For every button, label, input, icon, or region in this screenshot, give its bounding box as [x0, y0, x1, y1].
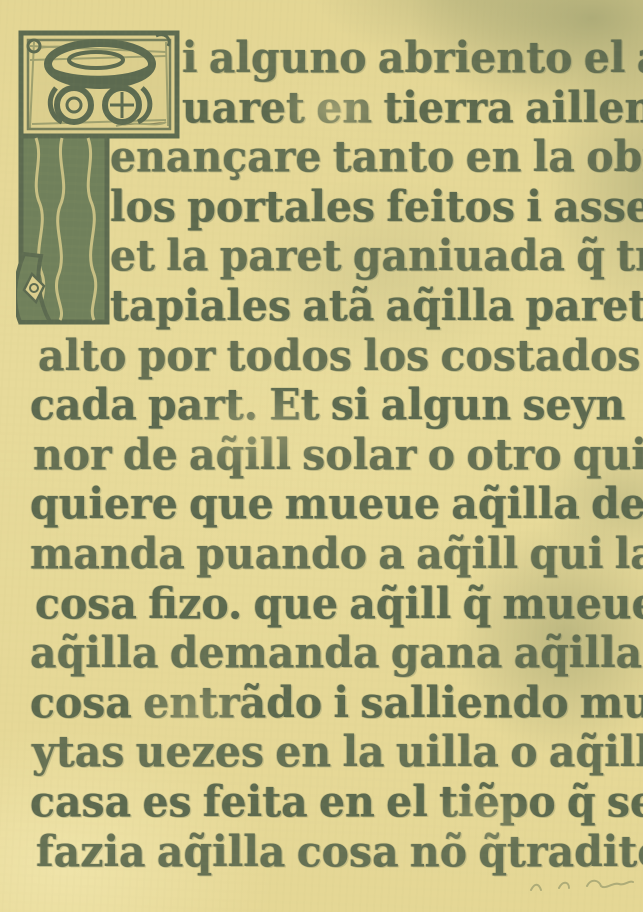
- text-line: et la paret ganiuada q̃ tres: [110, 231, 643, 283]
- text-line: casa es feita en el tiẽpo q̃ se: [30, 777, 643, 829]
- text-line: cosa fizo. que aq̃ill q̃ mueue: [35, 579, 643, 631]
- manuscript-page: i alguno abriento el a uaret en tierra a…: [0, 0, 643, 912]
- text-line: manda puando a aq̃ill qui la: [30, 529, 643, 581]
- text-line: quiere que mueue aq̃illa de: [30, 479, 643, 531]
- text-line: nor de aq̃ill solar o otro quien: [33, 430, 643, 482]
- text-line: i alguno abriento el a: [182, 33, 643, 85]
- text-line: fazia aq̃illa cosa nõ q̃tradito.: [36, 827, 643, 879]
- text-line: ytas uezes en la uilla o aq̃illa: [32, 727, 643, 779]
- text-line: los portales feitos i assentadas: [110, 182, 643, 234]
- text-line: aq̃illa demanda gana aq̃illa: [30, 628, 643, 680]
- ink-offset-marks: [525, 872, 635, 898]
- text-line: alto por todos los costados de: [38, 331, 643, 383]
- text-line: cosa entrãdo i salliendo mu: [30, 678, 643, 730]
- text-block: i alguno abriento el a uaret en tierra a…: [30, 34, 643, 877]
- text-line: enançare tanto en la obra q̃: [110, 132, 643, 184]
- text-line: cada part. Et si algun seyn: [30, 380, 643, 432]
- text-line: uaret en tierra aillena i: [182, 83, 643, 135]
- text-line: tapiales atã aq̃illa paret en: [110, 281, 643, 333]
